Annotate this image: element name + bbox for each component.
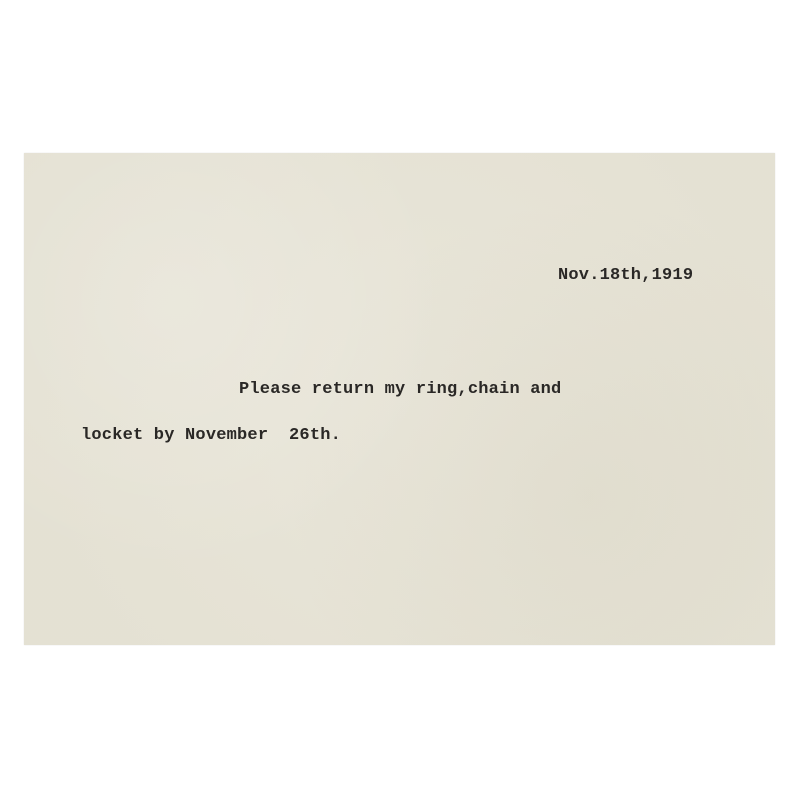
note-date: Nov.18th,1919 [558, 266, 693, 285]
note-body-line-1: Please return my ring,chain and [239, 380, 561, 399]
note-card: Nov.18th,1919 Please return my ring,chai… [24, 153, 775, 645]
page-background: Nov.18th,1919 Please return my ring,chai… [0, 0, 800, 800]
note-body-line-2: locket by November 26th. [81, 426, 341, 445]
